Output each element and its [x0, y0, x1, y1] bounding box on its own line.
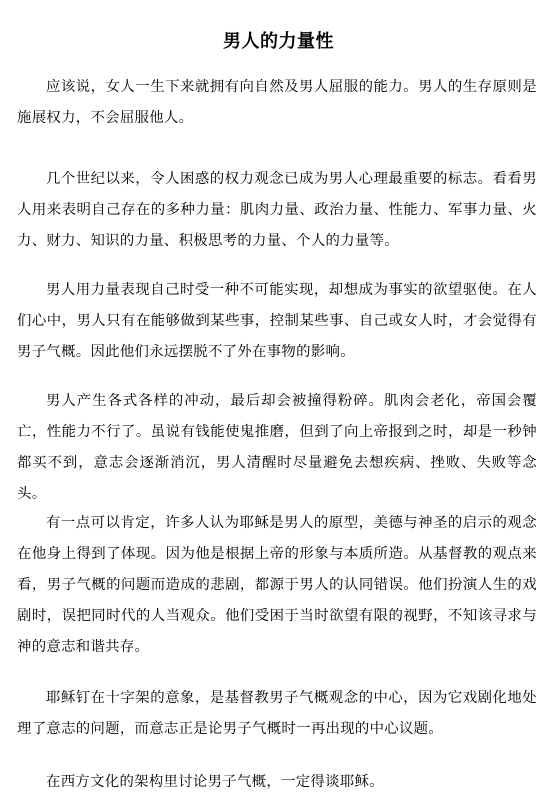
paragraph: 在西方文化的架构里讨论男子气概，一定得谈耶稣。 — [17, 767, 537, 798]
document-title: 男人的力量性 — [0, 30, 557, 54]
paragraph: 几个世纪以来，令人困惑的权力观念已成为男人心理最重要的标志。看看男人用来表明自己… — [17, 164, 537, 257]
paragraph: 男人用力量表现自己时受一种不可能实现，却想成为事实的欲望驱使。在人们心中，男人只… — [17, 275, 537, 368]
paragraph: 耶稣钉在十字架的意象，是基督教男子气概观念的中心，因为它戏剧化地处理了意志的问题… — [17, 683, 537, 745]
paragraph: 有一点可以肯定，许多人认为耶稣是男人的原型，美德与神圣的启示的观念在他身上得到了… — [17, 508, 537, 663]
paragraph: 男人产生各式各样的冲动，最后却会被撞得粉碎。肌肉会老化，帝国会覆亡，性能力不行了… — [17, 386, 537, 510]
paragraph: 应该说，女人一生下来就拥有向自然及男人屈服的能力。男人的生存原则是施展权力，不会… — [17, 72, 537, 134]
document-page: 男人的力量性 应该说，女人一生下来就拥有向自然及男人屈服的能力。男人的生存原则是… — [0, 0, 557, 810]
